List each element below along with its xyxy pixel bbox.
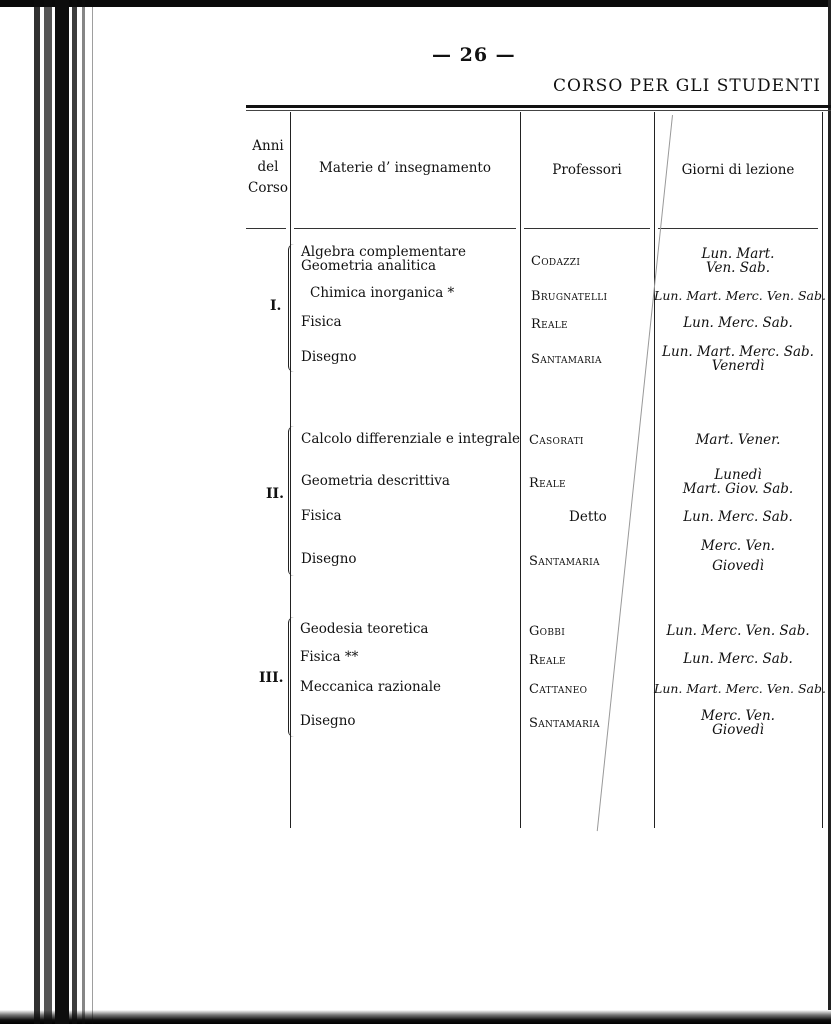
subject-cell: Calcolo differenziale e integrale — [301, 432, 520, 447]
days-cell: Lun. Merc. Sab. — [650, 510, 826, 525]
subject-cell: Meccanica razionale — [300, 680, 441, 695]
header-year-line: del — [246, 157, 290, 178]
subject-cell: Chimica inorganica * — [310, 286, 454, 301]
header-rule — [658, 228, 818, 229]
days-cell: Venerdì — [650, 359, 826, 374]
header-subject: Materie d’ insegnamento — [294, 158, 516, 179]
professor-cell: Santamaria — [529, 716, 600, 731]
header-year: Anni del Corso — [246, 136, 290, 199]
professor-cell: Santamaria — [531, 352, 602, 367]
days-cell: Lun. Mart. Merc. Ven. Sab. — [652, 681, 828, 696]
header-rule — [246, 228, 286, 229]
days-cell: Ven. Sab. — [650, 261, 826, 276]
days-cell: Giovedì — [650, 559, 826, 574]
header-professor: Professori — [524, 160, 650, 181]
professor-cell: Brugnatelli — [531, 289, 607, 304]
header-year-line: Anni — [246, 136, 290, 157]
professor-cell: Reale — [529, 476, 566, 491]
table-top-rule — [246, 105, 831, 108]
professor-cell: Cattaneo — [529, 682, 587, 697]
subject-cell: Fisica ** — [300, 650, 358, 665]
days-cell: Mart. Vener. — [650, 433, 826, 448]
header-year-line: Corso — [246, 178, 290, 199]
year-brace — [288, 617, 295, 737]
days-cell: Mart. Giov. Sab. — [650, 482, 826, 497]
days-cell: Lun. Merc. Sab. — [650, 652, 826, 667]
year-brace — [288, 426, 295, 576]
year-label: I. — [270, 298, 281, 314]
professor-cell: Casorati — [529, 433, 584, 448]
scan-bottom-edge — [0, 1010, 831, 1024]
column-divider — [520, 112, 521, 828]
subject-cell: Geodesia teoretica — [300, 622, 428, 637]
header-rule — [524, 228, 650, 229]
year-label: II. — [266, 486, 284, 502]
days-cell: Lun. Merc. Sab. — [650, 316, 826, 331]
book-binding-shadow — [0, 0, 100, 1024]
subject-cell: Fisica — [301, 509, 342, 524]
scan-top-edge — [0, 0, 831, 7]
subject-cell: Geometria descrittiva — [301, 474, 450, 489]
days-cell: Merc. Ven. — [650, 539, 826, 554]
days-cell: Lun. Merc. Ven. Sab. — [650, 624, 826, 639]
days-cell: Lun. Mart. Merc. Ven. Sab. — [652, 288, 828, 303]
year-brace — [288, 244, 295, 372]
subject-cell: Fisica — [301, 315, 342, 330]
subject-cell: Geometria analitica — [301, 259, 436, 274]
page-number: — 26 — — [432, 44, 516, 66]
professor-cell: Codazzi — [531, 254, 580, 269]
header-rule — [294, 228, 516, 229]
header-days: Giorni di lezione — [658, 160, 818, 181]
year-label: III. — [259, 670, 284, 686]
subject-cell: Disegno — [301, 552, 357, 567]
subject-cell: Disegno — [301, 350, 357, 365]
professor-cell: Reale — [529, 653, 566, 668]
running-head: CORSO PER GLI STUDENTI — [553, 76, 821, 96]
professor-cell: Gobbi — [529, 624, 565, 639]
professor-cell: Detto — [569, 510, 607, 525]
table-top-rule-thin — [246, 110, 831, 111]
days-cell: Giovedì — [650, 723, 826, 738]
professor-cell: Reale — [531, 317, 568, 332]
subject-cell: Disegno — [300, 714, 356, 729]
professor-cell: Santamaria — [529, 554, 600, 569]
